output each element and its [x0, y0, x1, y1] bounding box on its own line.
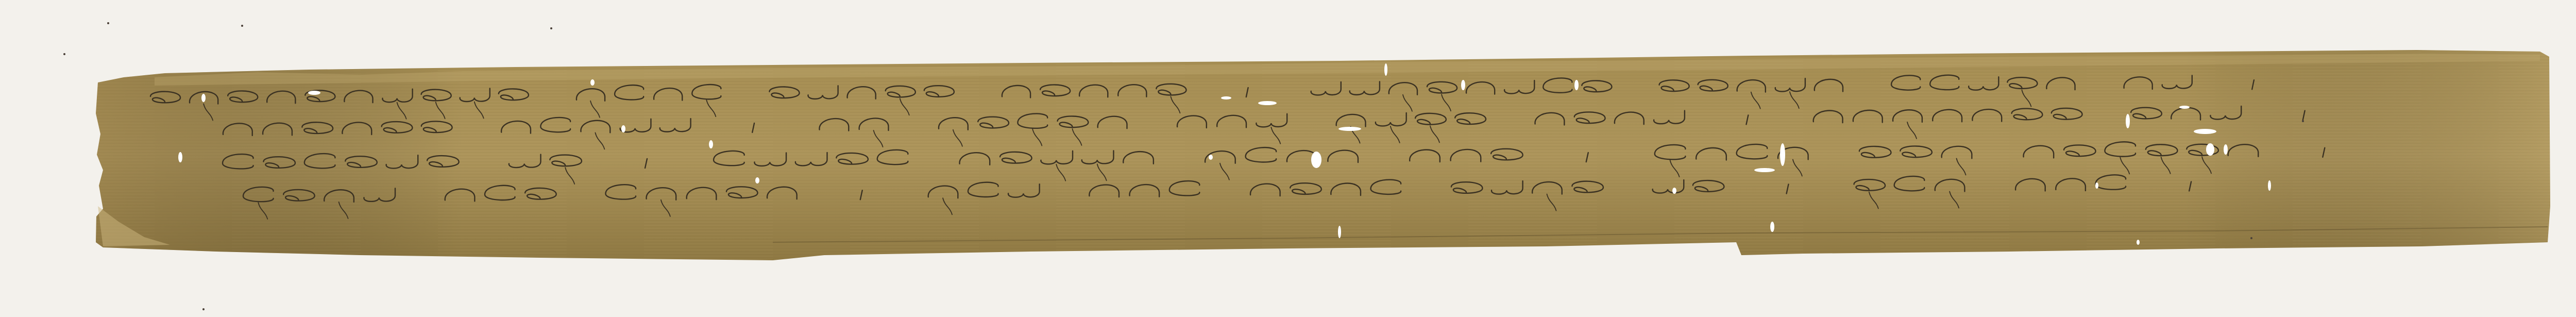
string-binding-hole [1311, 152, 1321, 168]
palm-leaf-illustration [0, 0, 2576, 317]
manuscript-photo: ଦେବପାପ୍ରାଣ ଅଧିକ ଯୁଦ୍ଧ ନିଶାଣ । ଶ୍ରୀଗୁରୁ ଦ… [0, 0, 2576, 317]
palm-leaf [96, 50, 2550, 260]
